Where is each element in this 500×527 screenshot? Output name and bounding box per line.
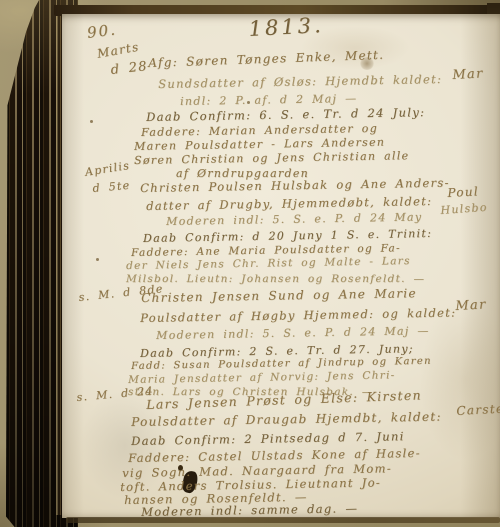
- entry-line: Milsbol. Lieutn: Johansen og Rosenfeldt.…: [126, 273, 425, 285]
- margin-child-name: Mar: [452, 66, 484, 83]
- margin-child-name: Carste: [456, 401, 500, 417]
- page-number: 90.: [86, 20, 118, 42]
- margin-child-name: Poul: [447, 184, 479, 200]
- manuscript-photo: 90. 1813. Marts d 28 Mar Afg: Søren Tøng…: [0, 0, 500, 527]
- year-heading: 1813.: [248, 13, 324, 41]
- ink-speck: [90, 120, 93, 123]
- margin-child-name: Mar: [455, 297, 487, 314]
- ink-speck: [96, 258, 99, 261]
- book-bottom-edge: [66, 517, 500, 523]
